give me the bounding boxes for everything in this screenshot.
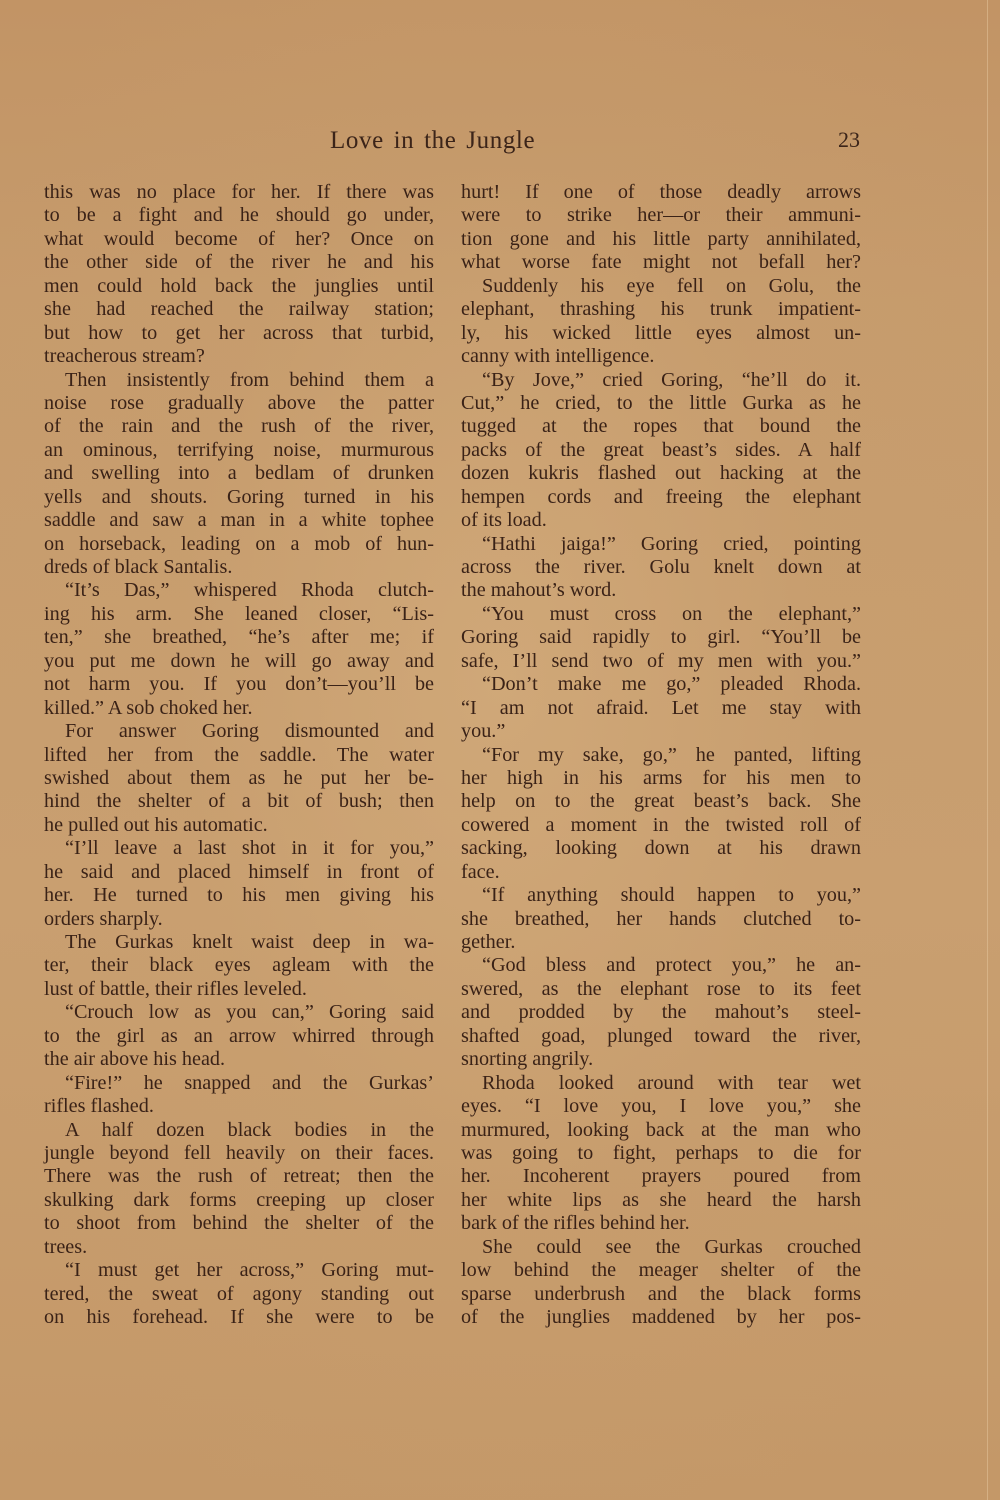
text-line: what would become of her? Once on: [44, 228, 434, 251]
text-line: you.”: [461, 720, 861, 743]
book-page: Love in the Jungle 23 this was no place …: [0, 0, 1000, 1500]
text-line: help on to the great beast’s back. She: [461, 790, 861, 813]
text-line: ter, their black eyes agleam with the: [44, 954, 434, 977]
text-line: “For my sake, go,” he panted, lifting: [461, 744, 861, 767]
text-line: orders sharply.: [44, 908, 434, 931]
text-line: trees.: [44, 1236, 434, 1259]
text-line: tugged at the ropes that bound the: [461, 415, 861, 438]
text-line: swered, as the elephant rose to its feet: [461, 978, 861, 1001]
text-line: to be a fight and he should go under,: [44, 204, 434, 227]
text-line: to the girl as an arrow whirred through: [44, 1025, 434, 1048]
text-line: safe, I’ll send two of my men with you.”: [461, 650, 861, 673]
text-line: eyes. “I love you, I love you,” she: [461, 1095, 861, 1118]
text-line: dreds of black Santalis.: [44, 556, 434, 579]
text-line: the mahout’s word.: [461, 579, 861, 602]
text-line: hempen cords and freeing the elephant: [461, 486, 861, 509]
text-line: her. Incoherent prayers poured from: [461, 1165, 861, 1188]
text-line: lifted her from the saddle. The water: [44, 744, 434, 767]
text-line: ly, his wicked little eyes almost un-: [461, 322, 861, 345]
text-line: The Gurkas knelt waist deep in wa-: [44, 931, 434, 954]
text-line: on horseback, leading on a mob of hun-: [44, 533, 434, 556]
text-line: her high in his arms for his men to: [461, 767, 861, 790]
text-line: she had reached the railway station;: [44, 298, 434, 321]
text-line: sparse underbrush and the black forms: [461, 1283, 861, 1306]
text-line: noise rose gradually above the patter: [44, 392, 434, 415]
text-line: She could see the Gurkas crouched: [461, 1236, 861, 1259]
text-line: killed.” A sob choked her.: [44, 697, 434, 720]
text-line: saddle and saw a man in a white tophee: [44, 509, 434, 532]
running-title: Love in the Jungle: [330, 127, 535, 155]
text-line: and prodded by the mahout’s steel-: [461, 1001, 861, 1024]
text-line: what worse fate might not befall her?: [461, 251, 861, 274]
text-line: her. He turned to his men giving his: [44, 884, 434, 907]
text-line: she breathed, her hands clutched to-: [461, 908, 861, 931]
text-line: cowered a moment in the twisted roll of: [461, 814, 861, 837]
text-line: “I must get her across,” Goring mut-: [44, 1259, 434, 1282]
text-line: but how to get her across that turbid,: [44, 322, 434, 345]
text-line: murmured, looking back at the man who: [461, 1119, 861, 1142]
text-line: “I am not afraid. Let me stay with: [461, 697, 861, 720]
text-line: Cut,” he cried, to the little Gurka as h…: [461, 392, 861, 415]
text-line: packs of the great beast’s sides. A half: [461, 439, 861, 462]
text-line: gether.: [461, 931, 861, 954]
text-line: face.: [461, 861, 861, 884]
text-line: lust of battle, their rifles leveled.: [44, 978, 434, 1001]
text-line: across the river. Golu knelt down at: [461, 556, 861, 579]
text-line: the air above his head.: [44, 1048, 434, 1071]
text-line: “You must cross on the elephant,”: [461, 603, 861, 626]
text-line: this was no place for her. If there was: [44, 181, 434, 204]
text-line: “I’ll leave a last shot in it for you,”: [44, 837, 434, 860]
text-line: Suddenly his eye fell on Golu, the: [461, 275, 861, 298]
text-line: tered, the sweat of agony standing out: [44, 1283, 434, 1306]
text-line: Goring said rapidly to girl. “You’ll be: [461, 626, 861, 649]
text-line: and swelling into a bedlam of drunken: [44, 462, 434, 485]
text-line: jungle beyond fell heavily on their face…: [44, 1142, 434, 1165]
text-line: “Crouch low as you can,” Goring said: [44, 1001, 434, 1024]
text-line: “Fire!” he snapped and the Gurkas’: [44, 1072, 434, 1095]
text-line: yells and shouts. Goring turned in his: [44, 486, 434, 509]
text-line: “Don’t make me go,” pleaded Rhoda.: [461, 673, 861, 696]
text-line: bark of the rifles behind her.: [461, 1212, 861, 1235]
text-line: skulking dark forms creeping up closer: [44, 1189, 434, 1212]
text-line: tion gone and his little party annihilat…: [461, 228, 861, 251]
text-line: “By Jove,” cried Goring, “he’ll do it.: [461, 369, 861, 392]
running-header: Love in the Jungle 23: [0, 127, 1000, 163]
text-line: “Hathi jaiga!” Goring cried, pointing: [461, 533, 861, 556]
text-line: an ominous, terrifying noise, murmurous: [44, 439, 434, 462]
text-line: he said and placed himself in front of: [44, 861, 434, 884]
text-line: hurt! If one of those deadly arrows: [461, 181, 861, 204]
text-line: snorting angrily.: [461, 1048, 861, 1071]
text-line: was going to fight, perhaps to die for: [461, 1142, 861, 1165]
text-line: shafted goad, plunged toward the river,: [461, 1025, 861, 1048]
text-line: of the rain and the rush of the river,: [44, 415, 434, 438]
text-line: of its load.: [461, 509, 861, 532]
text-line: dozen kukris flashed out hacking at the: [461, 462, 861, 485]
text-line: on his forehead. If she were to be: [44, 1306, 434, 1329]
text-line: not harm you. If you don’t—you’ll be: [44, 673, 434, 696]
text-line: A half dozen black bodies in the: [44, 1119, 434, 1142]
text-line: low behind the meager shelter of the: [461, 1259, 861, 1282]
text-line: For answer Goring dismounted and: [44, 720, 434, 743]
text-line: “It’s Das,” whispered Rhoda clutch-: [44, 579, 434, 602]
text-line: “If anything should happen to you,”: [461, 884, 861, 907]
text-line: swished about them as he put her be-: [44, 767, 434, 790]
text-column-left: this was no place for her. If there wast…: [44, 181, 434, 1329]
text-line: There was the rush of retreat; then the: [44, 1165, 434, 1188]
text-line: were to strike her—or their ammuni-: [461, 204, 861, 227]
text-line: rifles flashed.: [44, 1095, 434, 1118]
text-line: sacking, looking down at his drawn: [461, 837, 861, 860]
text-line: of the junglies maddened by her pos-: [461, 1306, 861, 1329]
text-line: “God bless and protect you,” he an-: [461, 954, 861, 977]
text-line: he pulled out his automatic.: [44, 814, 434, 837]
text-line: her white lips as she heard the harsh: [461, 1189, 861, 1212]
text-line: men could hold back the junglies until: [44, 275, 434, 298]
text-line: Then insistently from behind them a: [44, 369, 434, 392]
text-line: canny with intelligence.: [461, 345, 861, 368]
text-line: treacherous stream?: [44, 345, 434, 368]
text-line: to shoot from behind the shelter of the: [44, 1212, 434, 1235]
text-line: Rhoda looked around with tear wet: [461, 1072, 861, 1095]
text-line: ing his arm. She leaned closer, “Lis-: [44, 603, 434, 626]
text-line: the other side of the river he and his: [44, 251, 434, 274]
text-line: you put me down he will go away and: [44, 650, 434, 673]
text-column-right: hurt! If one of those deadly arrowswere …: [461, 181, 861, 1329]
text-line: elephant, thrashing his trunk impatient-: [461, 298, 861, 321]
page-number: 23: [838, 127, 860, 153]
text-line: hind the shelter of a bit of bush; then: [44, 790, 434, 813]
text-line: ten,” she breathed, “he’s after me; if: [44, 626, 434, 649]
